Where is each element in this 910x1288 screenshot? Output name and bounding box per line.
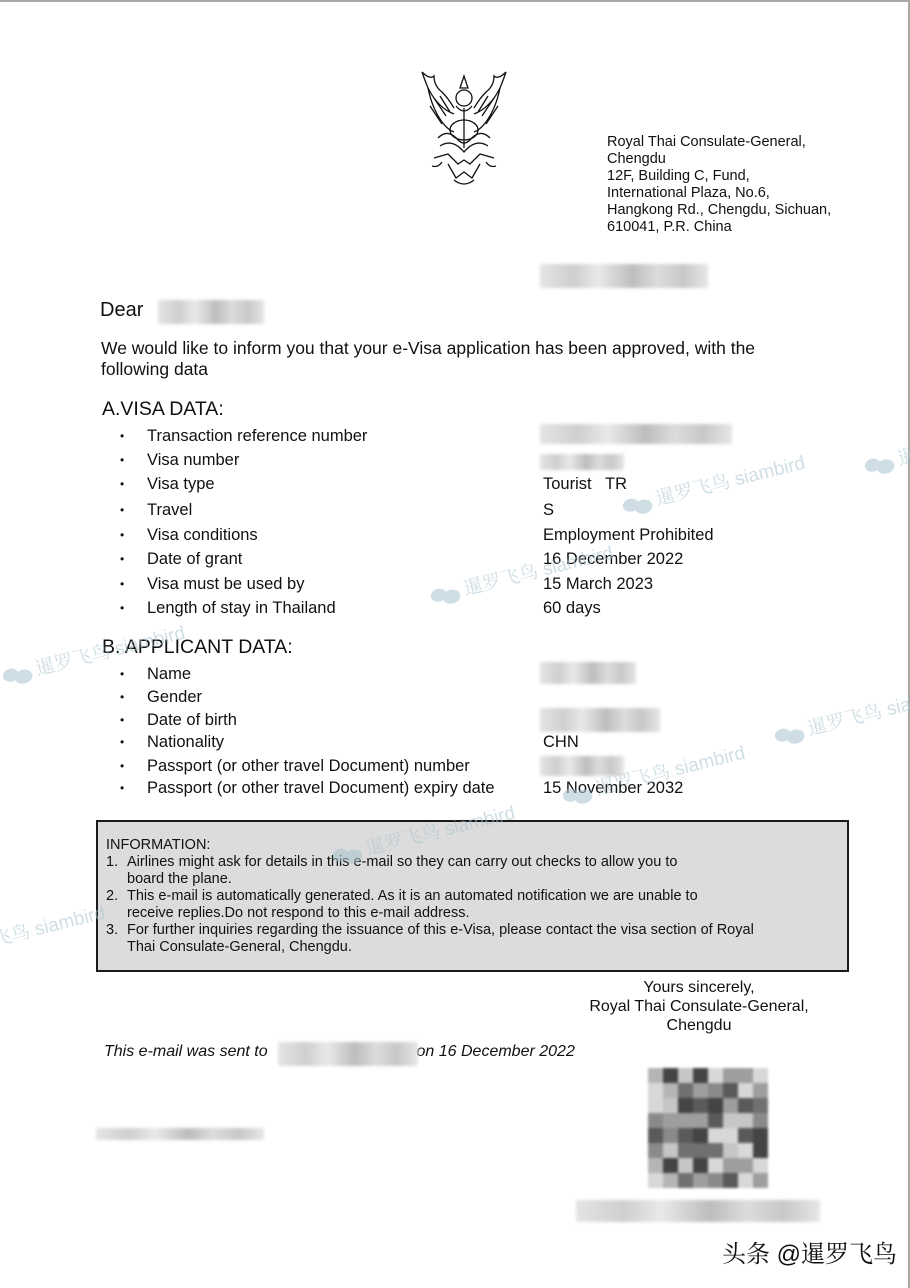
sent-suffix: on 16 December 2022 bbox=[417, 1043, 575, 1060]
applicant-row-passport-number: • Passport (or other travel Document) nu… bbox=[120, 755, 840, 777]
item-number: 3. bbox=[106, 922, 118, 939]
item-text: Airlines might ask for details in this e… bbox=[127, 854, 707, 888]
row-value: 15 March 2023 bbox=[543, 573, 653, 595]
visa-row-visa-type: • Visa type Tourist TR bbox=[120, 473, 840, 495]
visa-row-conditions: • Visa conditions Employment Prohibited bbox=[120, 524, 840, 546]
bullet: • bbox=[120, 425, 124, 447]
row-label: Visa type bbox=[147, 473, 215, 495]
visa-row-length-of-stay: • Length of stay in Thailand 60 days bbox=[120, 597, 840, 619]
bullet: • bbox=[120, 548, 124, 570]
redacted-email bbox=[278, 1042, 418, 1066]
bullet: • bbox=[120, 709, 124, 731]
bullet: • bbox=[120, 777, 124, 799]
consulate-address: Royal Thai Consulate-General, Chengdu 12… bbox=[607, 134, 831, 236]
visa-row-date-of-grant: • Date of grant 16 December 2022 bbox=[120, 548, 840, 570]
bullet: • bbox=[120, 731, 124, 753]
row-label: Date of grant bbox=[147, 548, 242, 570]
row-value: S bbox=[543, 499, 554, 521]
bullet: • bbox=[120, 755, 124, 777]
redacted-visa-number bbox=[540, 454, 624, 470]
wechat-icon bbox=[1, 662, 35, 689]
applicant-row-name: • Name bbox=[120, 663, 840, 685]
row-label: Name bbox=[147, 663, 191, 685]
row-value: CHN bbox=[543, 731, 579, 753]
address-line: 610041, P.R. China bbox=[607, 219, 831, 236]
bullet: • bbox=[120, 686, 124, 708]
bullet: • bbox=[120, 573, 124, 595]
item-number: 2. bbox=[106, 888, 118, 905]
garuda-emblem-icon bbox=[418, 68, 510, 190]
closing-line: Royal Thai Consulate-General, bbox=[570, 997, 828, 1016]
row-label: Passport (or other travel Document) expi… bbox=[147, 777, 495, 799]
visa-row-transaction-ref: • Transaction reference number bbox=[120, 425, 840, 447]
intro-paragraph: We would like to inform you that your e-… bbox=[101, 338, 821, 380]
visa-row-used-by: • Visa must be used by 15 March 2023 bbox=[120, 573, 840, 595]
bullet: • bbox=[120, 524, 124, 546]
redacted-recipient-name bbox=[158, 300, 264, 324]
address-line: International Plaza, No.6, bbox=[607, 185, 831, 202]
redacted-dob bbox=[540, 708, 660, 732]
row-value: Tourist TR bbox=[543, 473, 627, 495]
salutation: Dear bbox=[100, 299, 143, 322]
redacted-transaction-ref bbox=[540, 424, 732, 444]
address-line: Hangkong Rd., Chengdu, Sichuan, bbox=[607, 202, 831, 219]
applicant-row-gender: • Gender bbox=[120, 686, 840, 708]
row-value: Employment Prohibited bbox=[543, 524, 714, 546]
applicant-row-passport-expiry: • Passport (or other travel Document) ex… bbox=[120, 777, 840, 799]
watermark: 暹罗飞鸟 siambird bbox=[0, 898, 108, 969]
address-line: 12F, Building C, Fund, bbox=[607, 168, 831, 185]
row-label: Visa number bbox=[147, 449, 239, 471]
item-text: For further inquiries regarding the issu… bbox=[127, 922, 757, 956]
sent-prefix: This e-mail was sent to bbox=[104, 1043, 268, 1060]
row-label: Visa must be used by bbox=[147, 573, 304, 595]
source-watermark: 头条 @暹罗飞鸟 bbox=[722, 1234, 897, 1269]
bullet: • bbox=[120, 449, 124, 471]
row-label: Nationality bbox=[147, 731, 224, 753]
redacted-passport-number bbox=[540, 756, 624, 776]
qr-code bbox=[648, 1068, 768, 1188]
bullet: • bbox=[120, 597, 124, 619]
closing-line: Chengdu bbox=[570, 1016, 828, 1035]
row-label: Travel bbox=[147, 499, 192, 521]
visa-data-title: A.VISA DATA: bbox=[102, 398, 224, 421]
applicant-row-nationality: • Nationality CHN bbox=[120, 731, 840, 753]
redacted-name bbox=[540, 662, 636, 684]
visa-row-travel: • Travel S bbox=[120, 499, 840, 521]
item-text: This e-mail is automatically generated. … bbox=[127, 888, 747, 922]
item-number: 1. bbox=[106, 854, 118, 871]
applicant-data-title: B. APPLICANT DATA: bbox=[102, 636, 293, 659]
row-label: Visa conditions bbox=[147, 524, 258, 546]
bullet: • bbox=[120, 473, 124, 495]
row-label: Gender bbox=[147, 686, 202, 708]
row-label: Transaction reference number bbox=[147, 425, 367, 447]
information-box: INFORMATION: 1. Airlines might ask for d… bbox=[96, 820, 849, 972]
bullet: • bbox=[120, 499, 124, 521]
closing-line: Yours sincerely, bbox=[570, 978, 828, 997]
redacted-footer-line bbox=[96, 1128, 264, 1140]
address-line: Royal Thai Consulate-General, bbox=[607, 134, 831, 151]
watermark: 暹罗飞鸟 siambird bbox=[862, 408, 910, 479]
applicant-row-dob: • Date of birth bbox=[120, 709, 840, 731]
wechat-icon bbox=[863, 452, 897, 479]
visa-row-visa-number: • Visa number bbox=[120, 449, 840, 471]
redacted-reference bbox=[540, 264, 708, 288]
row-value: 60 days bbox=[543, 597, 601, 619]
information-title: INFORMATION: bbox=[106, 837, 210, 854]
redacted-qr-caption bbox=[576, 1200, 820, 1222]
bullet: • bbox=[120, 663, 124, 685]
closing-signature: Yours sincerely, Royal Thai Consulate-Ge… bbox=[570, 978, 828, 1035]
row-label: Passport (or other travel Document) numb… bbox=[147, 755, 470, 777]
row-label: Length of stay in Thailand bbox=[147, 597, 336, 619]
page-border-top bbox=[0, 0, 910, 2]
address-line: Chengdu bbox=[607, 151, 831, 168]
row-value: 15 November 2032 bbox=[543, 777, 683, 799]
row-value: 16 December 2022 bbox=[543, 548, 683, 570]
row-label: Date of birth bbox=[147, 709, 237, 731]
